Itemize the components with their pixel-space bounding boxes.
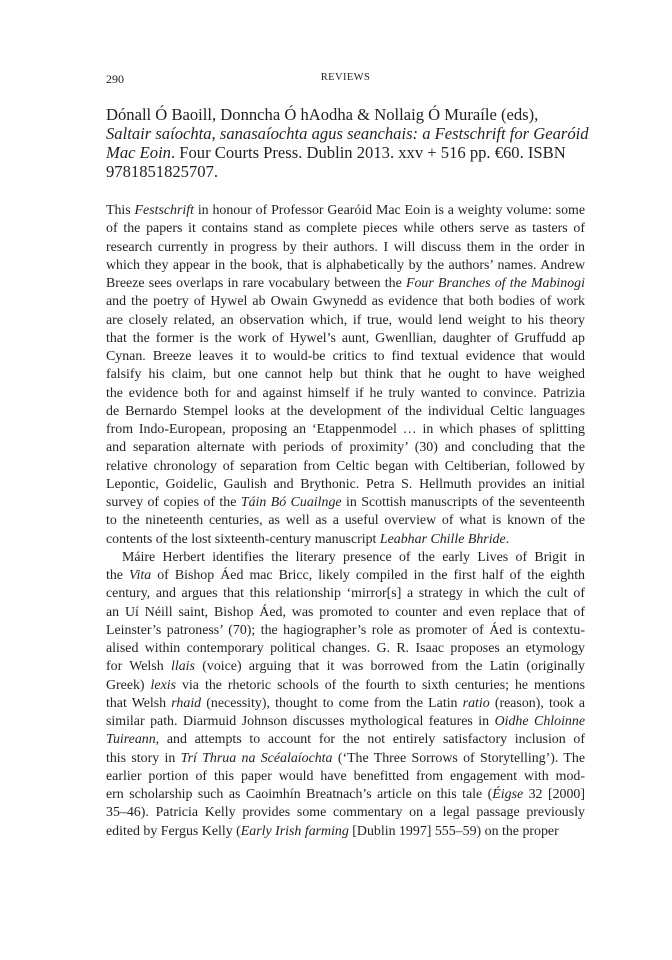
text-line: similar path. Diarmuid Johnson discusses… — [106, 713, 585, 731]
citation-title-cont: Mac Eoin — [106, 143, 171, 162]
text-line: Greek) lexis via the rhetoric schools of… — [106, 677, 585, 695]
running-head: REVIEWS — [106, 72, 585, 83]
citation-title: Saltair saíochta, sanasaíochta agus sean… — [106, 124, 589, 143]
text-line: This Festschrift in honour of Professor … — [106, 202, 585, 220]
text-line: 35–46). Patricia Kelly provides some com… — [106, 804, 585, 822]
text-line: an Uí Néill saint, Bishop Áed, was promo… — [106, 604, 585, 622]
text-line: alised within contemporary political cha… — [106, 640, 585, 658]
italic-title: Oidhe Chloinne — [495, 714, 585, 729]
text-line: falsify his claim, but one cannot help b… — [106, 366, 585, 384]
citation-isbn: 9781851825707. — [106, 162, 586, 181]
text-line: of the papers it contains stand as compl… — [106, 220, 585, 238]
italic-title: Trí Thrua na Scéalaíochta — [181, 751, 333, 766]
text-line: century, and argues that this relationsh… — [106, 585, 585, 603]
italic-title: rhaid — [171, 696, 201, 711]
italic-title: Táin Bó Cuailnge — [241, 495, 342, 510]
text-line: Breeze sees overlaps in rare vocabulary … — [106, 275, 585, 293]
italic-title: Tuireann — [106, 732, 156, 747]
text-line: Leinster’s patroness’ (70); the hagiogra… — [106, 622, 585, 640]
text-line: the Vita of Bishop Áed mac Bricc, likely… — [106, 567, 585, 585]
italic-title: ratio — [463, 696, 490, 711]
text-line: this story in Trí Thrua na Scéalaíochta … — [106, 750, 585, 768]
paragraph-1: This Festschrift in honour of Professor … — [106, 202, 585, 549]
text-line: Máire Herbert identifies the literary pr… — [106, 549, 585, 567]
italic-title: Four Branches of the Mabinogi — [406, 276, 585, 291]
text-line: edited by Fergus Kelly (Early Irish farm… — [106, 823, 585, 841]
text-line: the evidence both for and against himsel… — [106, 385, 585, 403]
citation-editors: Dónall Ó Baoill, Donncha Ó hAodha & Noll… — [106, 105, 586, 124]
italic-title: Leabhar Chille Bhride — [380, 532, 506, 547]
text-line: Lepontic, Goidelic, Gaulish and Brythoni… — [106, 476, 585, 494]
text-line: which they appear in the book, that is a… — [106, 257, 585, 275]
text-line: relative chronology of separation from C… — [106, 458, 585, 476]
text-line: that Welsh rhaid (necessity), thought to… — [106, 695, 585, 713]
italic-title: Éigse — [492, 787, 523, 802]
italic-title: llais — [171, 659, 195, 674]
italic-title: Festschrift — [135, 203, 194, 218]
paragraph-2: Máire Herbert identifies the literary pr… — [106, 549, 585, 841]
text-line: and separation alternate with periods of… — [106, 439, 585, 457]
text-line: are closely related, an observation whic… — [106, 312, 585, 330]
text-line: ern scholarship such as Caoimhín Breatna… — [106, 786, 585, 804]
text-line: contents of the lost sixteenth-century m… — [106, 531, 585, 549]
italic-title: Early Irish farming — [241, 824, 349, 839]
text-line: for Welsh llais (voice) arguing that it … — [106, 658, 585, 676]
text-line: to the nineteenth centuries, as well as … — [106, 512, 585, 530]
text-line: that the former is the work of Hywel’s a… — [106, 330, 585, 348]
italic-title: Vita — [129, 568, 151, 583]
citation-publisher: . Four Courts Press. Dublin 2013. xxv + … — [171, 143, 566, 162]
book-citation: Dónall Ó Baoill, Donncha Ó hAodha & Noll… — [106, 105, 586, 181]
page-header: 290 REVIEWS — [106, 72, 585, 88]
text-line: survey of copies of the Táin Bó Cuailnge… — [106, 494, 585, 512]
text-line: Cynan. Breeze leaves it to would-be crit… — [106, 348, 585, 366]
text-line: Tuireann, and attempts to account for th… — [106, 731, 585, 749]
text-line: research currently in progress by their … — [106, 239, 585, 257]
text-line: de Bernardo Stempel looks at the develop… — [106, 403, 585, 421]
text-line: from Indo-European, proposing an ‘Etappe… — [106, 421, 585, 439]
text-line: and the poetry of Hywel ab Owain Gwynedd… — [106, 293, 585, 311]
text-line: earlier portion of this paper would have… — [106, 768, 585, 786]
italic-title: lexis — [151, 678, 176, 693]
review-body: This Festschrift in honour of Professor … — [106, 202, 585, 841]
